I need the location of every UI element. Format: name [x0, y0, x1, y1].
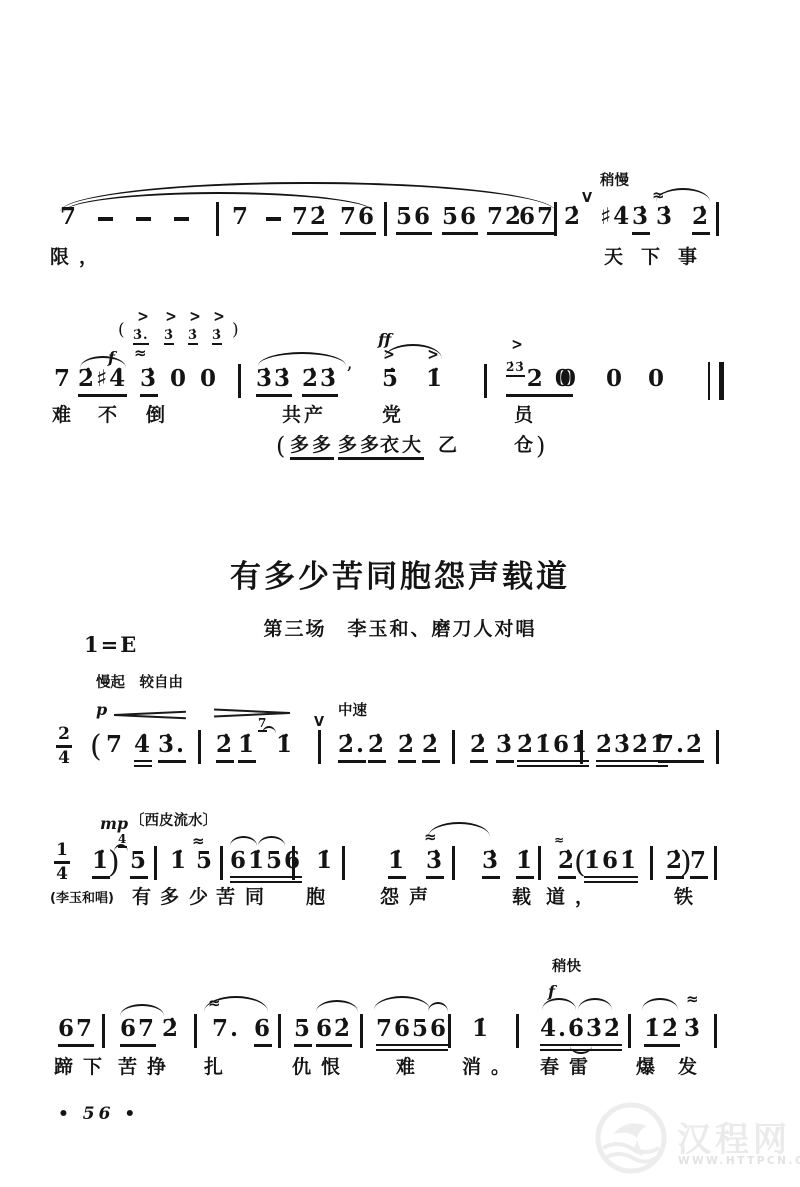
lyric-syllable: 党 [382, 406, 411, 425]
dynamic-mark: p [96, 700, 107, 719]
jianpu-note: 7656 [376, 1016, 448, 1051]
barline [360, 1014, 363, 1048]
jianpu-note: 61̇56 [230, 848, 302, 883]
slur-arc [428, 822, 490, 837]
jianpu-note: 2̇. [338, 732, 366, 763]
jianpu-note: 3̇ [632, 204, 650, 235]
trill-mark: ≈ [686, 992, 698, 1007]
jianpu-note: 3̇ [496, 732, 514, 763]
lyric-syllable: 苦同 [216, 888, 274, 907]
accent-mark: > [213, 308, 225, 324]
jianpu-note: 1̇ [426, 366, 444, 392]
dynamic-mark: f [548, 982, 555, 1001]
barline [580, 730, 583, 764]
accent-mark: > [511, 336, 523, 352]
tempo-label: 中速 [338, 704, 367, 719]
jianpu-note: 1̇ [238, 732, 256, 763]
slur-arc [578, 998, 612, 1010]
slur-arc [262, 726, 276, 734]
jianpu-note: 1̇2̇ [644, 1016, 680, 1047]
accent-mark: > [383, 346, 395, 362]
watermark-name: 汉程网 [677, 1112, 791, 1161]
barline [238, 364, 241, 398]
page-number: • 56 • [58, 1104, 139, 1124]
jianpu-note: ( [574, 845, 586, 880]
jianpu-note: 4̇ [134, 732, 152, 767]
jianpu-note: 2̇ [398, 732, 416, 763]
barline [154, 846, 157, 880]
barline [292, 846, 295, 880]
jianpu-note: 1̇ [170, 848, 188, 874]
jianpu-note: 5 [294, 1016, 312, 1047]
watermark: 汉程网 WWW.HTTPCN.COM [585, 1092, 800, 1187]
lyric-syllable: 发 [678, 1058, 707, 1077]
jianpu-note: 72̇ [487, 204, 523, 235]
lyric-syllable: 春雷 [540, 1058, 598, 1077]
jianpu-note: 1̇ [92, 848, 110, 879]
jianpu-note: 0 [648, 366, 666, 392]
barline [220, 846, 223, 880]
jianpu-note: 2̇ [470, 732, 488, 763]
lyric-syllable: 限， [50, 248, 108, 267]
jianpu-note: 1̇61̇ [584, 848, 638, 883]
barline [452, 846, 455, 880]
jianpu-note: 0 [200, 366, 218, 392]
time-signature: 14 [54, 841, 70, 884]
jianpu-note: 3̇ [656, 204, 674, 230]
trill-mark: ≈ [652, 188, 664, 203]
jianpu-note: 1̇ [388, 848, 406, 879]
jianpu-note: 5 [130, 848, 148, 879]
lyric-syllable: 难 [396, 1058, 425, 1077]
lyric-syllable: 爆 [636, 1058, 665, 1077]
jianpu-note: 3̇3̇ [256, 366, 292, 397]
lyric-syllable: 共产 [282, 406, 326, 425]
jianpu-note: 67 [120, 1016, 156, 1047]
grace-note: 7 [258, 716, 267, 732]
barline [452, 730, 455, 764]
jianpu-note: ( [90, 729, 102, 764]
lyric-syllable: 衣大 [380, 436, 424, 460]
jianpu-note: 67 [519, 204, 555, 235]
barline [342, 846, 345, 880]
jianpu-note: 1̇ [276, 732, 294, 758]
tempo-label: 稍慢 [600, 174, 629, 189]
dash-note [266, 217, 281, 221]
barline [714, 846, 717, 880]
ornament-paren: ) [232, 320, 239, 340]
slur-arc [374, 996, 430, 1010]
accent-mark: > [165, 308, 177, 324]
jianpu-note: 7. [212, 1016, 240, 1042]
lyric-syllable: 道， [546, 888, 604, 907]
jianpu-note: 0 [560, 366, 578, 392]
barline [516, 1014, 519, 1048]
slur-arc [542, 998, 576, 1010]
jianpu-note: 1̇ [516, 848, 534, 879]
breath-mark: ’ [346, 362, 352, 386]
slur-arc [60, 182, 556, 212]
slur-arc [80, 356, 126, 368]
lyric-syllable: 难 [52, 406, 81, 425]
jianpu-note: 67 [58, 1016, 94, 1047]
lyric-syllable: 多多 [290, 436, 334, 460]
ornament-note: 3̇. [133, 328, 149, 345]
slur-arc [258, 352, 346, 366]
jianpu-note: 2̇3̇2 0 [506, 366, 573, 397]
grace-note: 4 [118, 832, 127, 848]
jianpu-note: 3̇ [426, 848, 444, 879]
lyric-syllable: 乙 [438, 436, 467, 455]
key-signature: 1=E [84, 632, 138, 657]
jianpu-note: 2̇ [692, 204, 710, 235]
dynamic-mark: ff [378, 330, 391, 349]
lyric-syllable: 不 [98, 406, 127, 425]
lyric-syllable: 有 [132, 888, 161, 907]
ornament-paren: ( [118, 320, 125, 340]
barline [484, 364, 487, 398]
slur-arc [642, 998, 678, 1010]
lyric-syllable: 仇恨 [292, 1058, 350, 1077]
jianpu-note: 56 [396, 204, 432, 235]
trill-mark: ≈ [192, 834, 204, 849]
accent-mark: > [137, 308, 149, 324]
sheet-music-page: 7772̇76565672̇672̇♯4̇3̇3̇2̇稍慢V≈限，天下事 72̇… [0, 0, 800, 1187]
final-barline [708, 362, 724, 400]
barline [538, 846, 541, 880]
slur-arc [316, 1000, 358, 1012]
dash-note [174, 217, 189, 221]
barline [628, 1014, 631, 1048]
jianpu-note: 4̇.6̇3̇2̇ [540, 1016, 622, 1051]
jianpu-note: 72̇ [292, 204, 328, 235]
trill-mark: ≈ [424, 830, 436, 845]
lyric-syllable: 多多 [338, 436, 382, 460]
jianpu-note: 6 [254, 1016, 272, 1047]
lyric-syllable: 苦挣 [118, 1058, 176, 1077]
slur-arc [230, 836, 257, 846]
lyric-syllable: 多少 [160, 888, 218, 907]
tempo-label: 慢起 较自由 [96, 676, 183, 691]
jianpu-note: 7 [54, 366, 72, 392]
barline [194, 1014, 197, 1048]
jianpu-note: 3̇ [684, 1016, 702, 1042]
decrescendo-hairpin [214, 708, 290, 716]
ornament-note: 3̇ [212, 328, 222, 345]
jianpu-note: 0 [606, 366, 624, 392]
ornament-note: 3̇ [188, 328, 198, 345]
trill-mark: ≈ [134, 346, 146, 361]
jianpu-note: 1̇ [316, 848, 334, 874]
slur-arc [656, 188, 710, 202]
jianpu-note: 7 [106, 732, 124, 758]
jianpu-note: 3̇. [158, 732, 186, 763]
dash-note [98, 217, 113, 221]
lyric-syllable: 天下事 [604, 248, 715, 267]
jianpu-note: ) [680, 845, 692, 880]
slur-arc [258, 836, 285, 846]
barline [716, 730, 719, 764]
dynamic-mark: f [108, 348, 115, 367]
trill-mark: ≈ [554, 834, 563, 846]
jianpu-note: 2̇ [558, 848, 576, 879]
mode-label: 〔西皮流水〕 [130, 814, 217, 829]
barline [554, 202, 557, 236]
barline [716, 202, 719, 236]
jianpu-note: 5 [196, 848, 214, 874]
barline [216, 202, 219, 236]
slur-arc [428, 1002, 448, 1012]
jianpu-note: 62̇ [316, 1016, 352, 1047]
song-title: 有多少苦同胞怨声载道 [0, 551, 800, 596]
lyric-syllable: 倒 [146, 406, 175, 425]
crescendo-hairpin [114, 710, 186, 718]
jianpu-note: ) [108, 845, 120, 880]
lyric-syllable: 仓 [514, 436, 543, 455]
slur-arc [204, 996, 268, 1012]
lyric-syllable: 怨声 [380, 888, 438, 907]
lyric-syllable: 蹄下 [54, 1058, 112, 1077]
jianpu-note: 2̇ [368, 732, 386, 763]
jianpu-note: 76 [340, 204, 376, 235]
slur-arc [384, 344, 442, 359]
jianpu-note: 2̇3̇2̇1̇ [596, 732, 668, 767]
ornament-note: 3̇ [164, 328, 174, 345]
jianpu-note: 1̇ [472, 1016, 490, 1042]
lyric-syllable: 消。 [462, 1058, 520, 1077]
jianpu-note: 0 [170, 366, 188, 392]
jianpu-note: 2̇♯4̇ [78, 366, 127, 397]
jianpu-note: 2̇3̇ [302, 366, 338, 397]
lyric-syllable: 载 [512, 888, 541, 907]
time-signature: 24 [56, 725, 72, 768]
accent-mark: > [189, 308, 201, 324]
barline [650, 846, 653, 880]
jianpu-note: 7.2̇ [658, 732, 704, 763]
jianpu-note: 56 [442, 204, 478, 235]
jianpu-note: 7 [232, 204, 250, 230]
jianpu-note: 2̇ [216, 732, 234, 763]
barline [384, 202, 387, 236]
barline [318, 730, 321, 764]
dash-note [136, 217, 151, 221]
jianpu-note: 7 [60, 204, 78, 230]
lyric-syllable: (李玉和唱) [50, 892, 114, 905]
barline [448, 1014, 451, 1048]
lyric-syllable: 员 [514, 406, 543, 425]
lyric-syllable: ) [536, 432, 545, 460]
barline [198, 730, 201, 764]
jianpu-note: 2̇ [422, 732, 440, 763]
lyric-syllable: 铁 [674, 888, 703, 907]
watermark-url: WWW.HTTPCN.COM [678, 1155, 800, 1167]
breath-mark: V [314, 716, 324, 729]
slur-arc [120, 1004, 164, 1016]
barline [278, 1014, 281, 1048]
barline [714, 1014, 717, 1048]
dynamic-mark: mp [100, 814, 128, 833]
jianpu-note: 3̇ [140, 366, 158, 397]
tempo-label: 稍快 [552, 960, 581, 975]
jianpu-note: ♯4̇ [600, 204, 631, 230]
lyric-syllable: 胞 [306, 888, 335, 907]
lyric-syllable: ( [276, 432, 285, 460]
jianpu-note: 7 [690, 848, 708, 879]
jianpu-note: 3̇ [482, 848, 500, 879]
jianpu-note: 2̇ [666, 848, 684, 879]
slur-arc [570, 1046, 592, 1054]
jianpu-note: 2̇ [162, 1016, 180, 1042]
slur-arc [114, 844, 128, 852]
jianpu-note: 2̇1̇61̇ [517, 732, 589, 767]
watermark-logo-icon [593, 1100, 669, 1176]
trill-mark: ≈ [208, 996, 220, 1011]
breath-mark: V [582, 192, 592, 205]
lyric-syllable: 扎 [204, 1058, 233, 1077]
jianpu-note: 2̇ [564, 204, 582, 230]
barline [102, 1014, 105, 1048]
jianpu-note: 5̇ [382, 366, 400, 392]
slur-arc [64, 192, 374, 212]
accent-mark: > [427, 346, 439, 362]
